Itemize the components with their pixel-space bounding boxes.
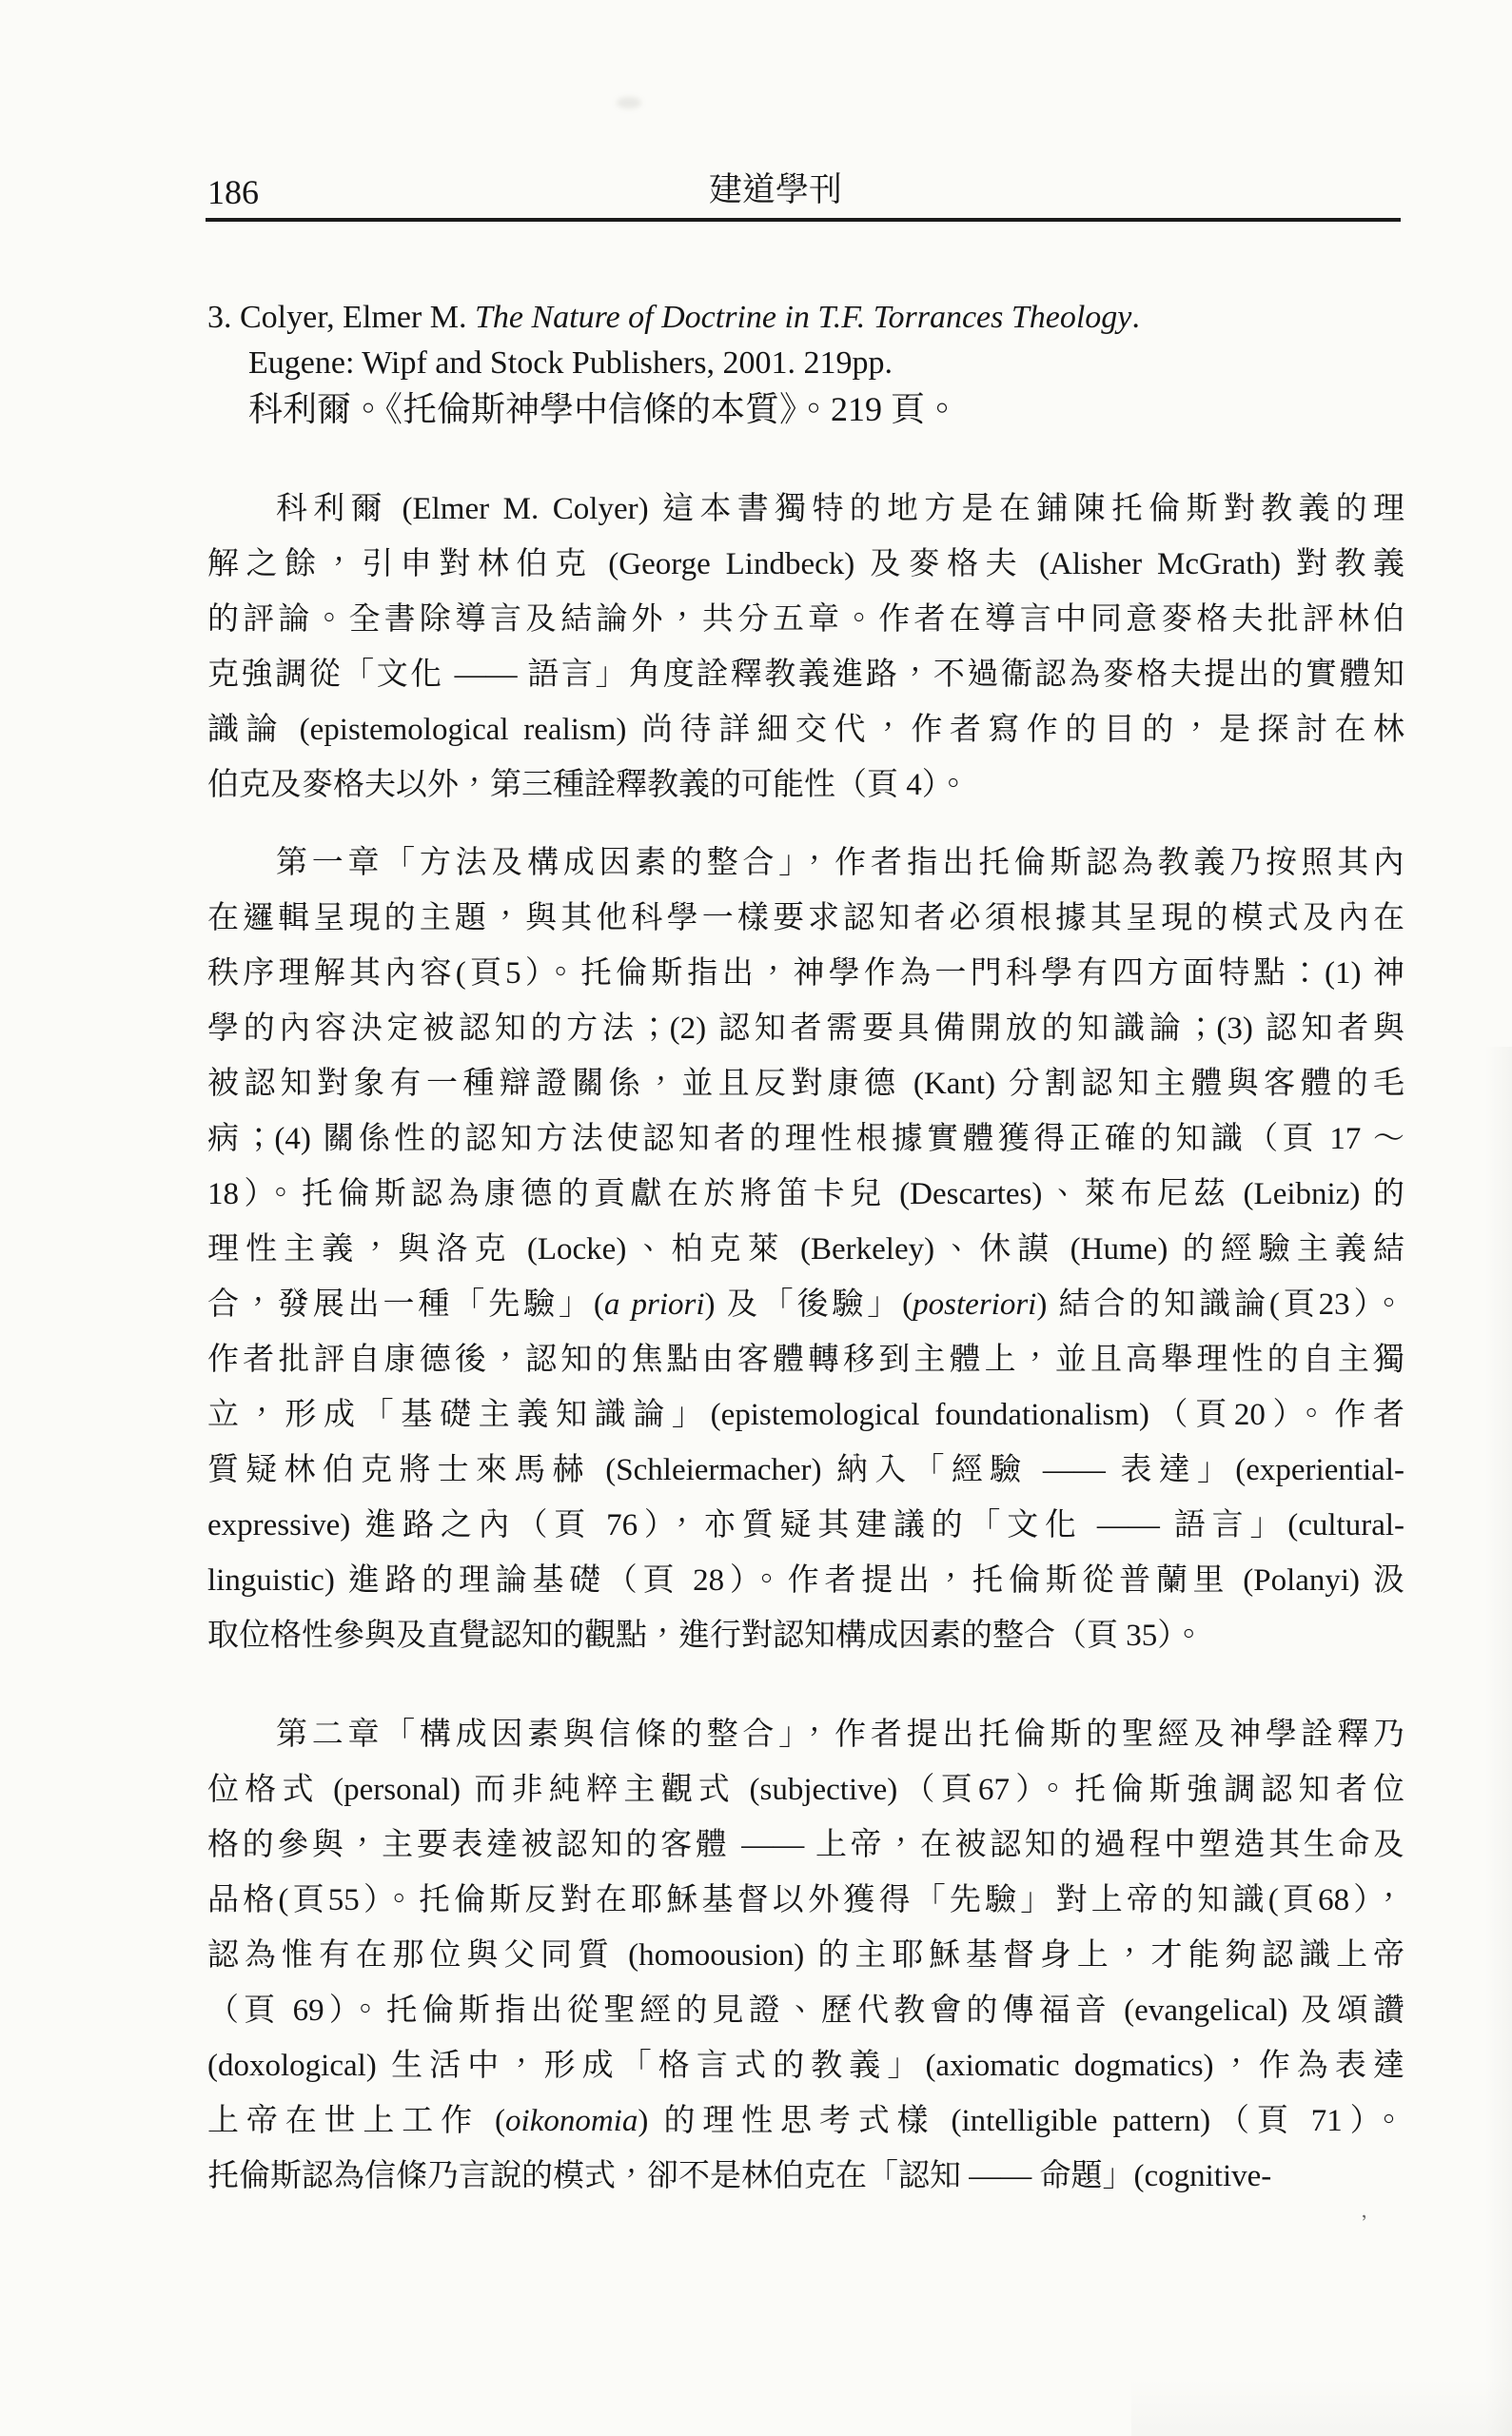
text-line: 解之餘，引申對林伯克 (George Lindbeck) 及麥格夫 (Alish…: [207, 537, 1404, 592]
text-line: 作者批評自康德後，認知的焦點由客體轉移到主體上，並且高舉理性的自主獨: [207, 1332, 1404, 1387]
journal-page: 186 建道學刊 3. Colyer, Elmer M. The Nature …: [0, 0, 1512, 2436]
text-line: 克強調從「文化 —— 語言」角度詮釋教義進路，不過衞認為麥格夫提出的實體知: [207, 647, 1404, 702]
paragraph: 第一章「方法及構成因素的整合」，作者指出托倫斯認為教義乃按照其內在邏輯呈現的主題…: [207, 835, 1404, 1663]
text-line: 上帝在世上工作 (oikonomia) 的理性思考式樣 (intelligibl…: [207, 2093, 1404, 2149]
text-line: 在邏輯呈現的主題，與其他科學一樣要求認知者必須根據其呈現的模式及內在: [207, 891, 1404, 946]
bottom-edge-shadow: [1131, 2379, 1512, 2436]
text-line: 質疑林伯克將士來馬赫 (Schleiermacher) 納入「經驗 —— 表達」…: [207, 1443, 1404, 1498]
text-line: 病；(4) 關係性的認知方法使認知者的理性根據實體獲得正確的知識（頁 17 ～: [207, 1111, 1404, 1167]
text-line: （頁 69）。托倫斯指出從聖經的見證、歷代教會的傳福音 (evangelical…: [207, 1983, 1404, 2038]
text-line: (doxological) 生活中，形成「格言式的教義」(axiomatic d…: [207, 2038, 1404, 2093]
text-line: 品格(頁55）。托倫斯反對在耶穌基督以外獲得「先驗」對上帝的知識(頁68），: [207, 1873, 1404, 1928]
text-line: 合，發展出一種「先驗」(a priori) 及「後驗」(posteriori) …: [207, 1277, 1404, 1332]
text-line: 秩序理解其內容(頁5）。托倫斯指出，神學作為一門科學有四方面特點：(1) 神: [207, 946, 1404, 1001]
text-line: 18）。托倫斯認為康德的貢獻在於將笛卡兒 (Descartes)、萊布尼茲 (L…: [207, 1167, 1404, 1222]
text-line: Eugene: Wipf and Stock Publishers, 2001.…: [248, 341, 1404, 386]
paragraph: 科利爾 (Elmer M. Colyer) 這本書獨特的地方是在鋪陳托倫斯對教義…: [207, 481, 1404, 813]
text-line: 第一章「方法及構成因素的整合」，作者指出托倫斯認為教義乃按照其內: [207, 835, 1404, 891]
text-line: 學的內容決定被認知的方法；(2) 認知者需要具備開放的知識論；(3) 認知者與: [207, 1001, 1404, 1056]
text-line: 理性主義，與洛克 (Locke)、柏克萊 (Berkeley)、休謨 (Hume…: [207, 1222, 1404, 1277]
header-rule: [206, 218, 1401, 222]
text-line: 第二章「構成因素與信條的整合」，作者提出托倫斯的聖經及神學詮釋乃: [207, 1707, 1404, 1762]
journal-title: 建道學刊: [709, 171, 842, 209]
text-line: 3. Colyer, Elmer M. The Nature of Doctri…: [207, 295, 1404, 341]
text-line: 被認知對象有一種辯證關係，並且反對康德 (Kant) 分割認知主體與客體的毛: [207, 1056, 1404, 1111]
text-line: 識論 (epistemological realism) 尚待詳細交代，作者寫作…: [207, 702, 1404, 757]
text-line: 伯克及麥格夫以外，第三種詮釋教義的可能性（頁 4）。: [207, 757, 1404, 813]
text-line: 格的參與，主要表達被認知的客體 —— 上帝，在被認知的過程中塑造其生命及: [207, 1817, 1404, 1873]
text-line: 的評論。全書除導言及結論外，共分五章。作者在導言中同意麥格夫批評林伯: [207, 592, 1404, 647]
review-body: 科利爾 (Elmer M. Colyer) 這本書獨特的地方是在鋪陳托倫斯對教義…: [207, 481, 1404, 2204]
text-line: 認為惟有在那位與父同質 (homoousion) 的主耶穌基督身上，才能夠認識上…: [207, 1928, 1404, 1983]
paragraph: 第二章「構成因素與信條的整合」，作者提出托倫斯的聖經及神學詮釋乃位格式 (per…: [207, 1707, 1404, 2204]
text-line: 科利爾。《托倫斯神學中信條的本質》。219 頁。: [248, 386, 1404, 432]
text-line: linguistic) 進路的理論基礎（頁 28）。作者提出，托倫斯從普蘭里 (…: [207, 1553, 1404, 1608]
page-number: 186: [207, 173, 259, 211]
text-line: 位格式 (personal) 而非純粹主觀式 (subjective)（頁67）…: [207, 1762, 1404, 1817]
right-edge-shadow: [1485, 1047, 1512, 2436]
text-line: 立，形成「基礎主義知識論」(epistemological foundation…: [207, 1387, 1404, 1443]
text-line: 托倫斯認為信條乃言說的模式，卻不是林伯克在「認知 —— 命題」(cognitiv…: [207, 2149, 1404, 2204]
citation-block: 3. Colyer, Elmer M. The Nature of Doctri…: [207, 295, 1404, 432]
text-line: expressive) 進路之內（頁 76），亦質疑其建議的「文化 —— 語言」…: [207, 1498, 1404, 1553]
scan-smudge: [617, 97, 641, 108]
text-line: 科利爾 (Elmer M. Colyer) 這本書獨特的地方是在鋪陳托倫斯對教義…: [207, 481, 1404, 537]
text-line: 取位格性參與及直覺認知的觀點，進行對認知構成因素的整合（頁 35）。: [207, 1608, 1404, 1663]
